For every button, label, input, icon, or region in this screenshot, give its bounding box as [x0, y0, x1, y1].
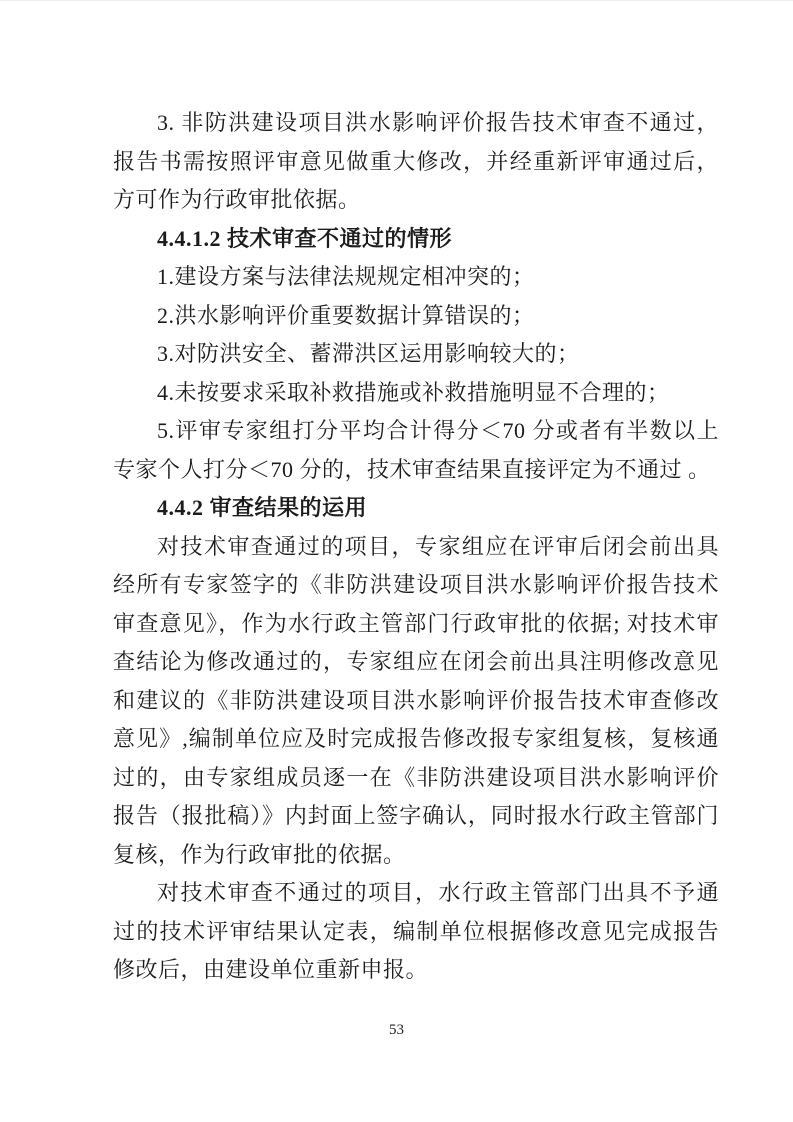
- list-item-5: 5.评审专家组打分平均合计得分＜70 分或者有半数以上专家个人打分＜70 分的，…: [113, 412, 719, 489]
- paragraph-review-passed-usage: 对技术审查通过的项目，专家组应在评审后闭会前出具经所有专家签字的《非防洪建设项目…: [113, 528, 719, 875]
- list-item-4: 4.未按要求采取补救措施或补救措施明显不合理的；: [113, 374, 719, 413]
- section-heading-4-4-1-2: 4.4.1.2 技术审查不通过的情形: [113, 220, 719, 259]
- list-item-3: 3.对防洪安全、蓄滞洪区运用影响较大的；: [113, 335, 719, 374]
- document-body: 3. 非防洪建设项目洪水影响评价报告技术审查不通过，报告书需按照评审意见做重大修…: [113, 104, 719, 990]
- document-page: 3. 非防洪建设项目洪水影响评价报告技术审查不通过，报告书需按照评审意见做重大修…: [0, 0, 793, 1122]
- section-heading-4-4-2: 4.4.2 审查结果的运用: [113, 489, 719, 528]
- paragraph-review-not-passed-rule-3: 3. 非防洪建设项目洪水影响评价报告技术审查不通过，报告书需按照评审意见做重大修…: [113, 104, 719, 220]
- page-number: 53: [0, 1022, 793, 1039]
- paragraph-review-failed-usage: 对技术审查不通过的项目，水行政主管部门出具不予通过的技术评审结果认定表，编制单位…: [113, 874, 719, 990]
- list-item-1: 1.建设方案与法律法规规定相冲突的；: [113, 258, 719, 297]
- list-item-2: 2.洪水影响评价重要数据计算错误的；: [113, 297, 719, 336]
